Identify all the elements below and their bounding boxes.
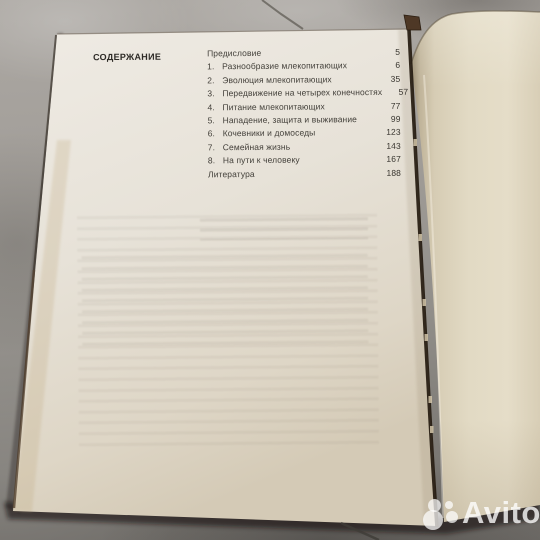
stitch [429,396,433,403]
toc-row-number: 3. [207,87,222,101]
toc-row-number: 1. [207,61,222,75]
toc-row-label: Разнообразие млекопитающих [222,59,374,74]
toc-row-label: Питание млекопитающих [222,100,374,115]
stitch [430,426,434,433]
avito-circle-icon [446,511,458,523]
toc-heading: СОДЕРЖАНИЕ [93,52,161,63]
toc-row-page-number: 77 [374,99,400,113]
toc-row-label: Литература [208,167,375,182]
toc-row-page-number: 167 [375,153,401,167]
toc-row-label: Предисловие [207,46,374,61]
stitch [423,299,427,306]
toc-row-number: 4. [207,101,222,115]
toc-row-page-number: 143 [375,140,401,154]
toc-row-page-number: 57 [382,86,408,100]
toc-row-label: Передвижение на четырех конечностях [222,86,382,101]
avito-watermark-text: Avito [462,495,540,531]
avito-watermark: Avito [404,486,540,540]
spine-notch [404,15,421,30]
toc-row: Литература188 [208,166,401,181]
toc-row-page-number: 5 [374,46,400,60]
toc-row-page-number: 6 [374,59,400,73]
toc-list: Предисловие51.Разнообразие млекопитающих… [207,46,401,181]
toc-row-number: 7. [208,141,223,155]
book-photo-scene: СОДЕРЖАНИЕ Предисловие51.Разнообразие мл… [0,0,540,540]
floor-crack-top [262,0,303,29]
toc-row-page-number: 123 [375,126,401,140]
toc-row-label: На пути к человеку [223,153,375,168]
stitch [419,234,423,241]
toc-row-page-number: 35 [374,73,400,87]
toc-row-label: Эволюция млекопитающих [222,73,374,88]
toc-row-number: 2. [207,74,222,88]
toc-row-label: Семейная жизнь [223,140,375,155]
avito-circle-icon [423,510,443,530]
toc-row-number: 8. [208,154,223,168]
stitch [414,139,418,146]
toc-row-page-number: 99 [375,113,401,127]
stitch [425,334,429,341]
toc-row-page-number: 188 [375,166,401,180]
toc-row-label: Кочевники и домоседы [223,126,375,141]
avito-circle-icon [445,501,453,509]
toc-row-number: 6. [208,128,223,142]
toc-row-label: Нападение, защита и выживание [223,113,375,128]
toc-row-number: 5. [208,114,223,128]
avito-circles-icon [404,486,460,540]
